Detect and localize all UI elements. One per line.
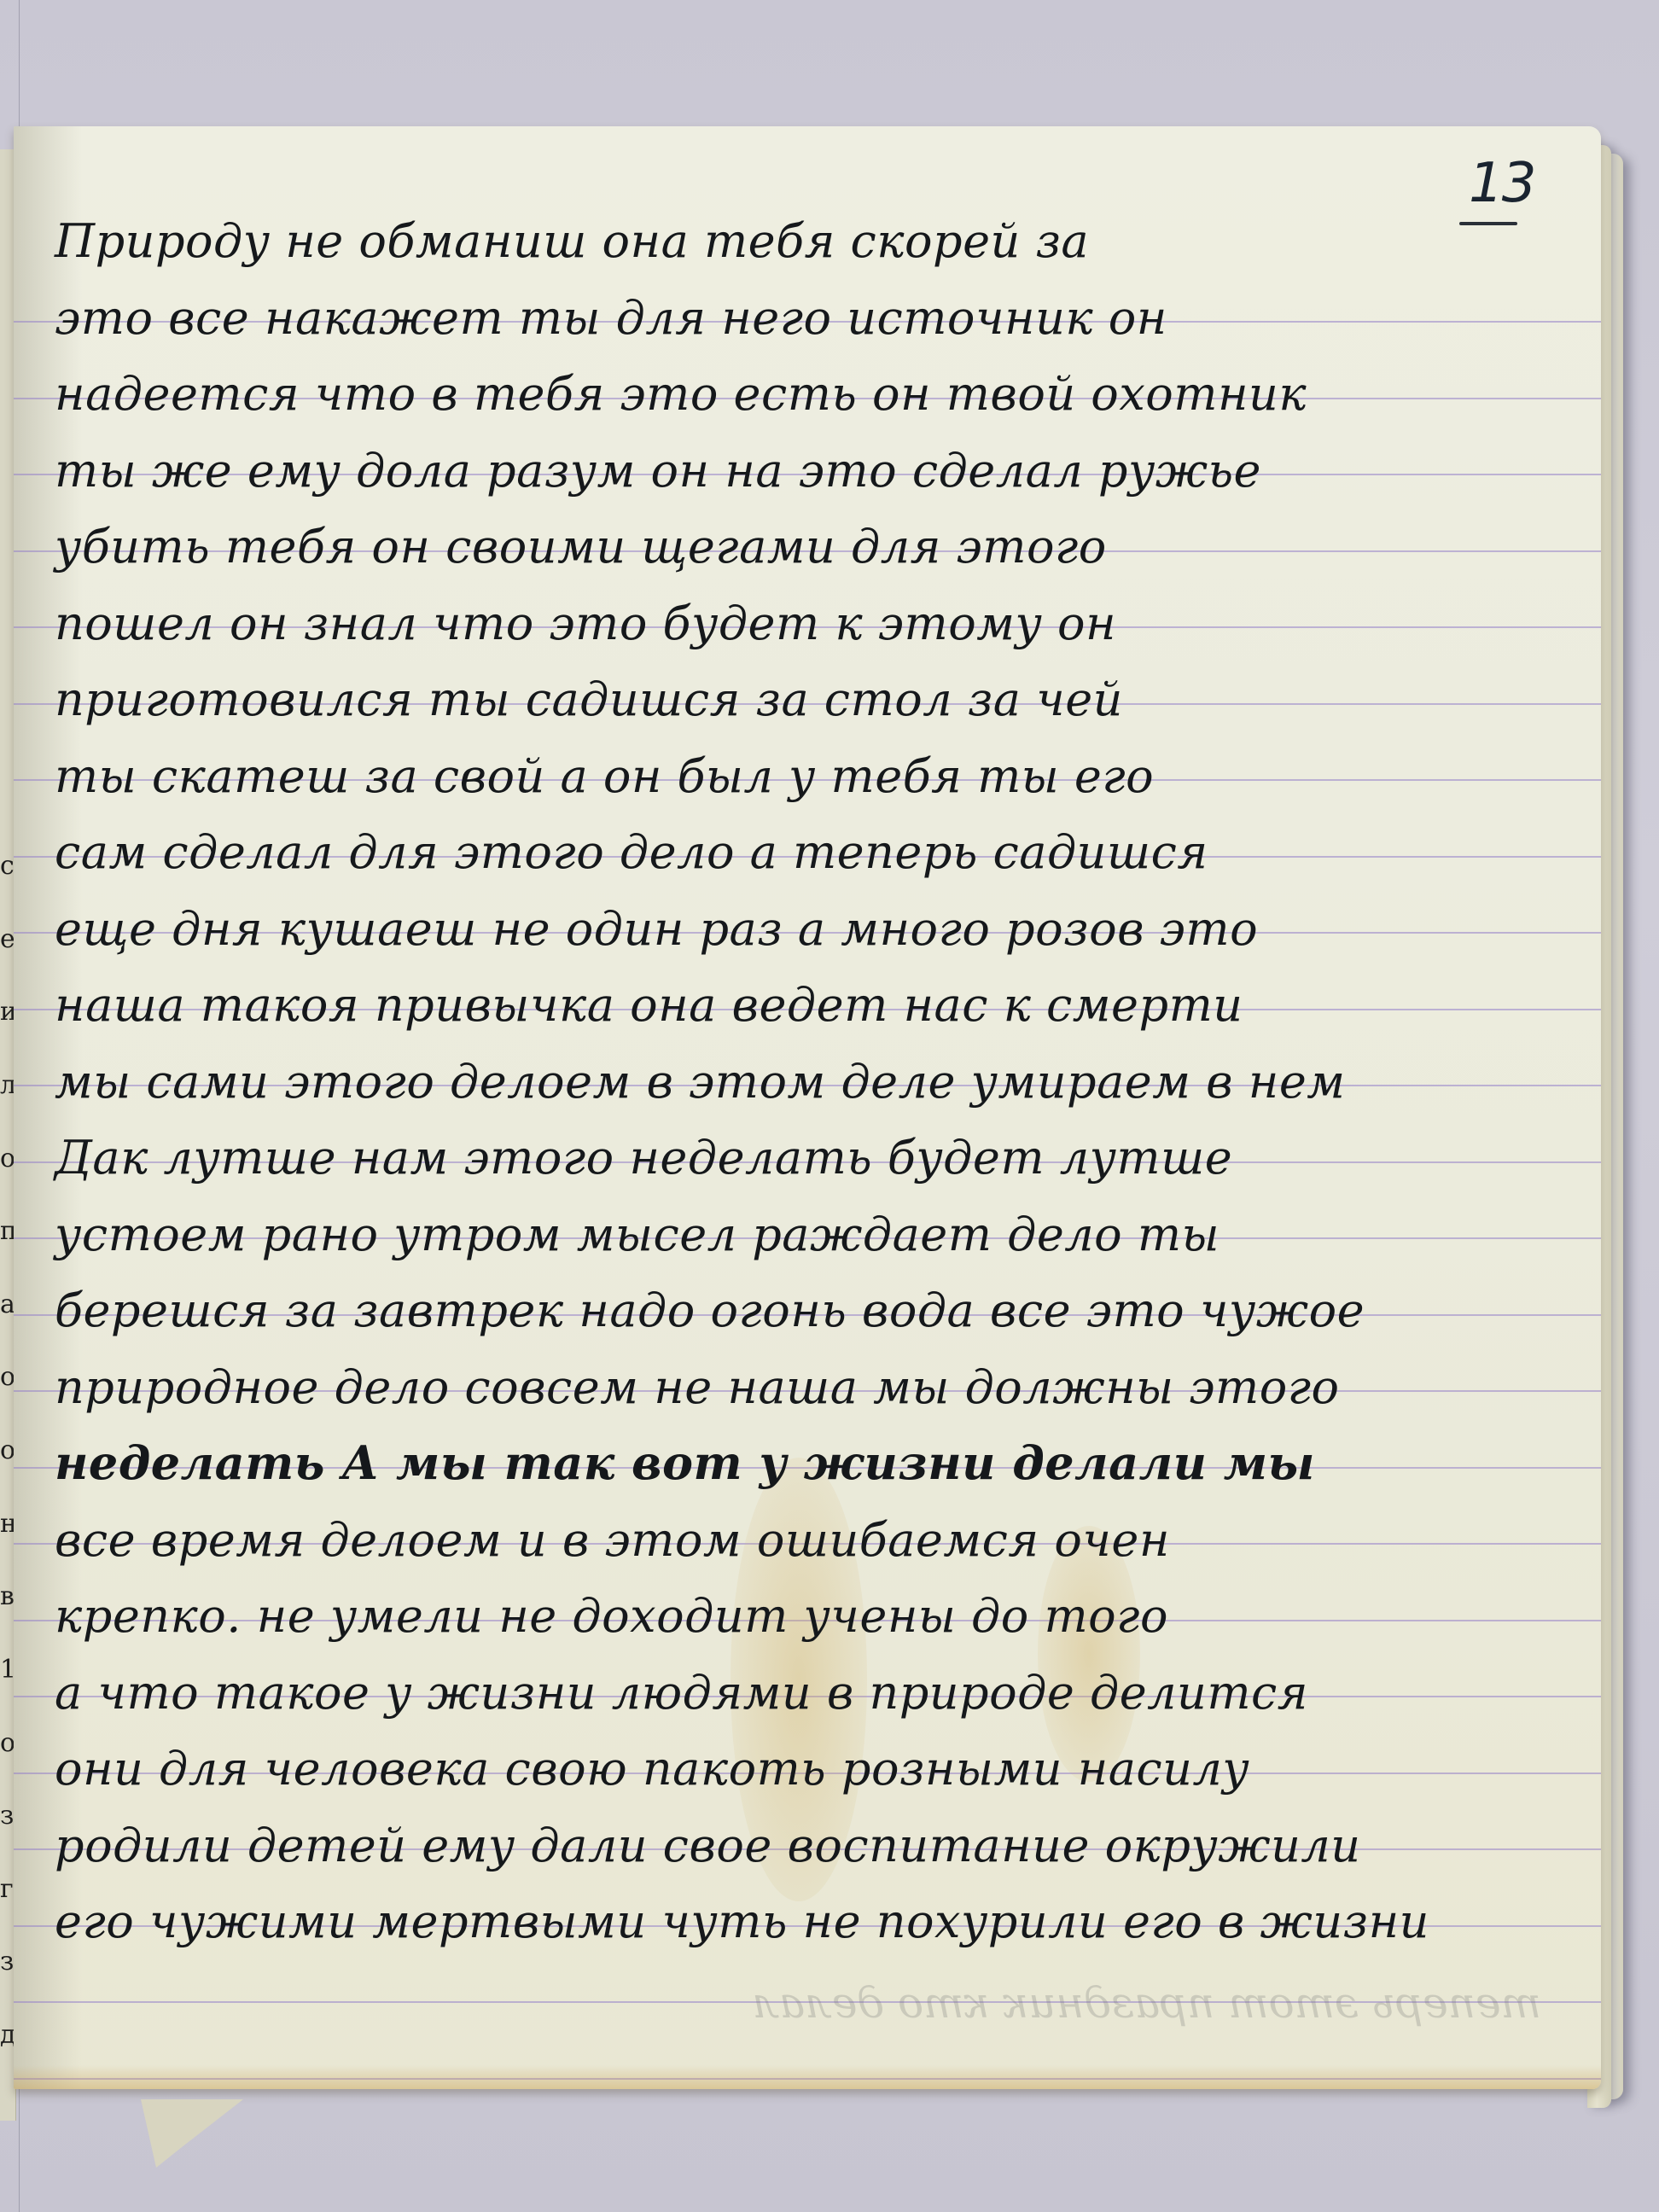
margin-mark: 1 xyxy=(0,1657,14,1683)
text-line: наша такоя привычка она ведет нас к смер… xyxy=(55,967,1557,1044)
margin-mark: н xyxy=(0,1511,14,1537)
text-line: надеется что в тебя это есть он твой охо… xyxy=(55,356,1557,433)
text-line: Дак лутше нам этого неделать будет лутше xyxy=(55,1120,1557,1196)
text-line: природное дело совсем не наша мы должны … xyxy=(55,1349,1557,1426)
text-line-emphasized: неделать А мы так вот у жизни делали мы xyxy=(55,1425,1557,1502)
text-line: приготовился ты садишся за стол за чей xyxy=(55,661,1557,738)
text-line: мы сами этого делоем в этом деле умираем… xyxy=(55,1044,1557,1121)
text-line: они для человека свою пакоть розными нас… xyxy=(55,1731,1557,1807)
margin-mark: и xyxy=(0,999,14,1025)
bleed-through-text: теперь этот праздник кто делал xyxy=(90,1978,1541,2028)
text-line: Природу не обманиш она тебя скорей за xyxy=(55,203,1557,280)
text-line: ты же ему дола разум он на это сделал ру… xyxy=(55,433,1557,509)
margin-mark: з xyxy=(0,1949,14,1975)
text-line: ты скатеш за свой а он был у тебя ты его xyxy=(55,738,1557,815)
margin-mark: в xyxy=(0,1584,14,1610)
previous-page-margin-marks: сеилопаоонв1озгзд xyxy=(0,853,14,2048)
margin-mark: а xyxy=(0,1292,14,1318)
text-line: родили детей ему дали свое воспитание ок… xyxy=(55,1807,1557,1884)
margin-mark: о xyxy=(0,1365,14,1390)
margin-mark: г xyxy=(0,1877,14,1902)
notebook-page: 13 Природу не обманиш она тебя скорей за… xyxy=(14,126,1601,2089)
text-line: берешся за завтрек надо огонь вода все э… xyxy=(55,1272,1557,1349)
margin-mark: з xyxy=(0,1803,14,1829)
margin-mark: о xyxy=(0,1146,14,1172)
text-line: устоем рано утром мысел раждает дело ты xyxy=(55,1196,1557,1273)
text-line: еще дня кушаеш не один раз а много розов… xyxy=(55,891,1557,968)
text-line: убить тебя он своими щегами для этого xyxy=(55,509,1557,585)
margin-mark: е xyxy=(0,927,14,952)
handwritten-text: Природу не обманиш она тебя скорей за эт… xyxy=(55,203,1557,1960)
margin-mark: п xyxy=(0,1219,14,1244)
torn-page-corner xyxy=(141,2099,243,2168)
margin-mark: о xyxy=(0,1731,14,1756)
text-line: все время делоем и в этом ошибаемся очен xyxy=(55,1502,1557,1579)
text-line: крепко. не умели не доходит учены до тог… xyxy=(55,1578,1557,1655)
margin-mark: с xyxy=(0,853,14,879)
text-line: сам сделал для этого дело а теперь садиш… xyxy=(55,814,1557,891)
text-line: пошел он знал что это будет к этому он xyxy=(55,585,1557,662)
margin-mark: л xyxy=(0,1073,14,1098)
text-line: а что такое у жизни людями в природе дел… xyxy=(55,1655,1557,1732)
text-line: его чужими мертвыми чуть не похурили его… xyxy=(55,1883,1557,1960)
margin-mark: о xyxy=(0,1438,14,1464)
text-line: это все накажет ты для него источник он xyxy=(55,280,1557,357)
bottom-edge-stain xyxy=(14,2065,1601,2089)
margin-mark: д xyxy=(0,2023,14,2048)
